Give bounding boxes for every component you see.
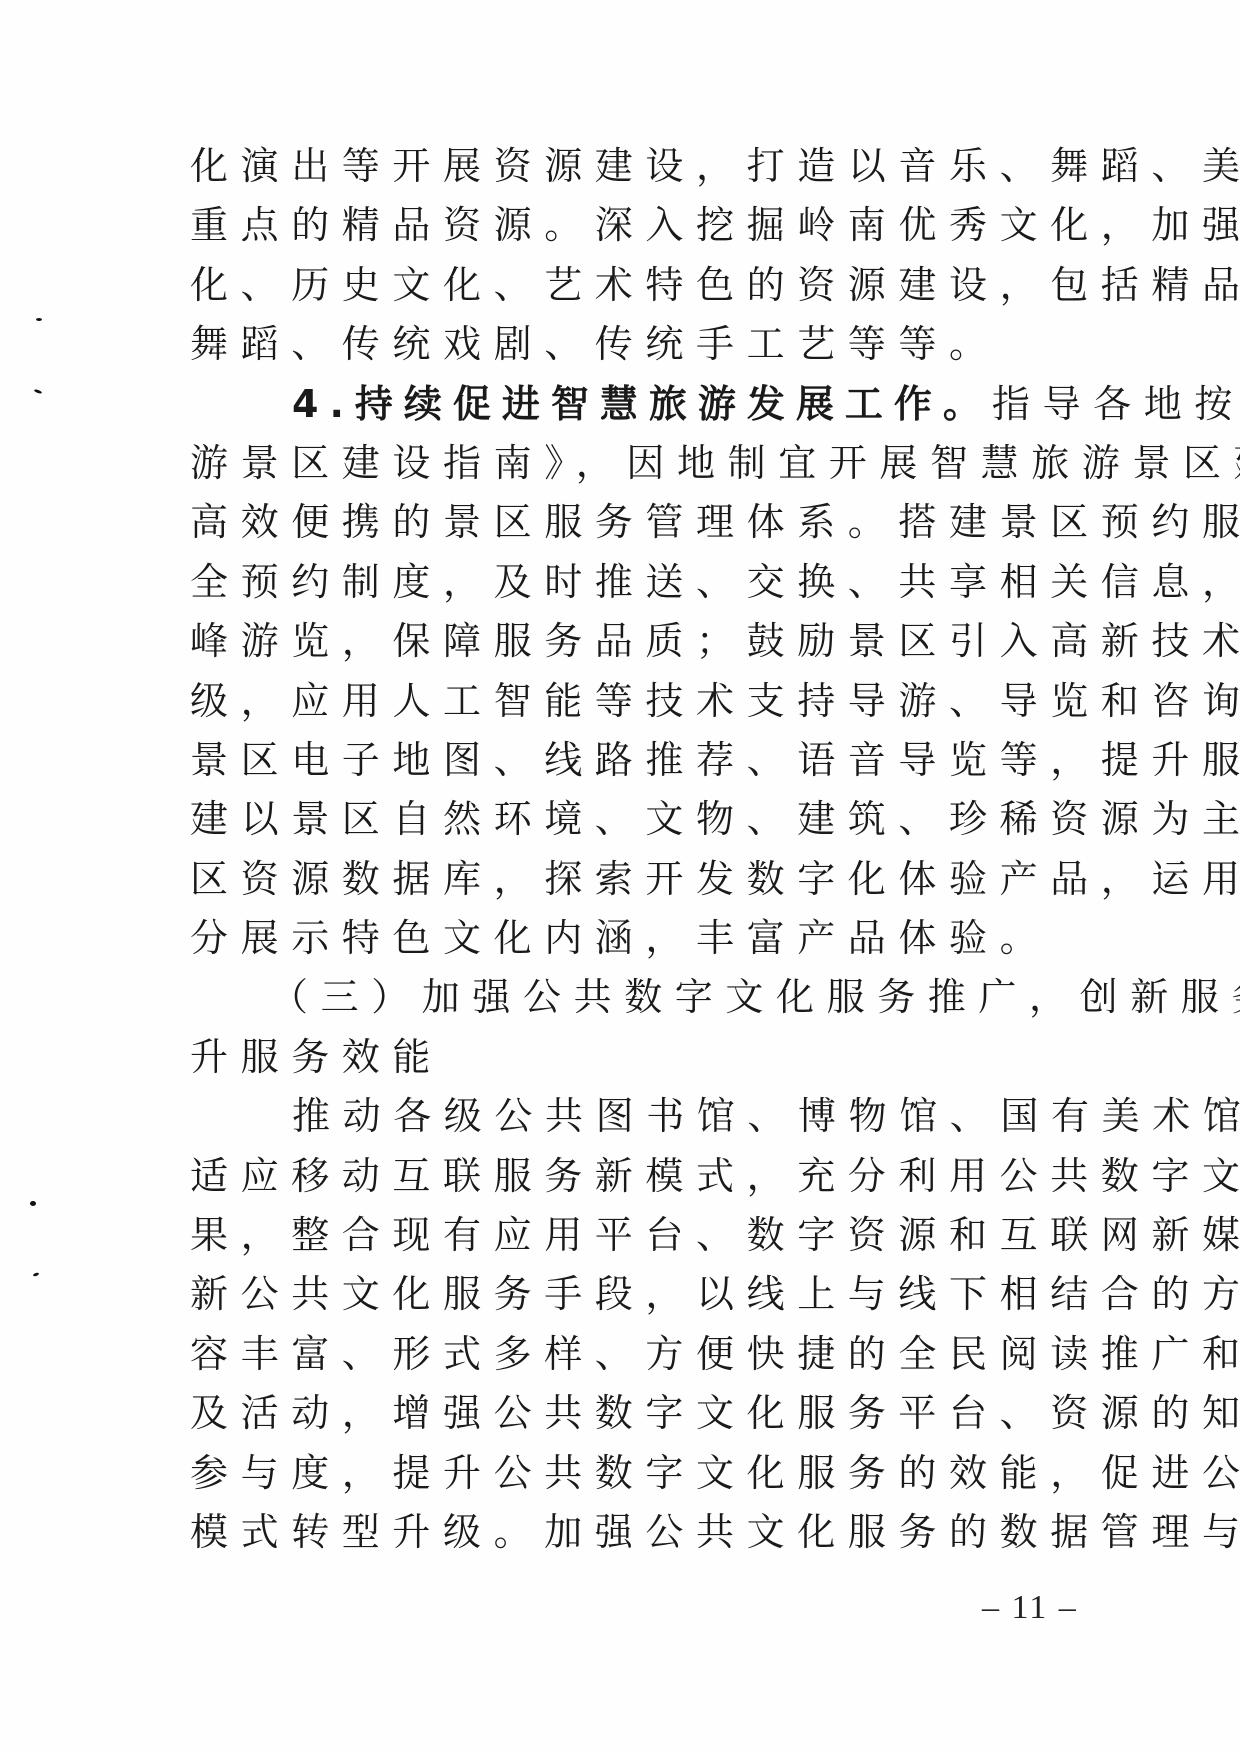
body-text: 化演出等开展资源建设，打造以音乐、舞蹈、美术等门类为 重点的精品资源。深入挖掘岭… <box>190 137 1062 1562</box>
text-line: 峰游览，保障服务品质；鼓励景区引入高新技术实现服务升 <box>190 612 1062 671</box>
scan-speck <box>30 1201 36 1206</box>
text-line: 游景区建设指南》，因地制宜开展智慧旅游景区建设，健全 <box>190 434 1062 493</box>
text-line: 适应移动互联服务新模式，充分利用公共数字文化建设成 <box>190 1147 1062 1206</box>
text-line: 全预约制度，及时推送、交换、共享相关信息，引导游客错 <box>190 553 1062 612</box>
text-line: 级，应用人工智能等技术支持导游、导览和咨询服务，普及 <box>190 672 1062 731</box>
page-number: – 11 – <box>982 1588 1078 1628</box>
text-line: 区资源数据库，探索开发数字化体验产品，运用数字技术充 <box>190 850 1062 909</box>
text-line: 重点的精品资源。深入挖掘岭南优秀文化，加强体现地域文 <box>190 196 1062 255</box>
text-line: 及活动，增强公共数字文化服务平台、资源的知晓度和公众 <box>190 1384 1062 1443</box>
section-heading-line: 4.持续促进智慧旅游发展工作。指导各地按照《智慧旅 <box>190 375 1062 434</box>
text-line: 舞蹈、传统戏剧、传统手工艺等等。 <box>190 315 1062 374</box>
subsection-heading-line: 升服务效能 <box>190 1028 1062 1087</box>
text-line: 景区电子地图、线路推荐、语音导览等，提升服务品质；构 <box>190 731 1062 790</box>
text-line: 参与度，提升公共数字文化服务的效能，促进公共文化服务 <box>190 1444 1062 1503</box>
subsection-heading-line: （三）加强公共数字文化服务推广，创新服务模式，提 <box>190 968 1062 1027</box>
text-line: 果，整合现有应用平台、数字资源和互联网新媒体平台，创 <box>190 1206 1062 1265</box>
section-heading: 4.持续促进智慧旅游发展工作。 <box>292 382 992 426</box>
scan-speck <box>36 318 42 321</box>
text-line: 高效便携的景区服务管理体系。搭建景区预约服务平台，健 <box>190 493 1062 552</box>
scan-speck <box>33 1272 40 1277</box>
text-line: 化演出等开展资源建设，打造以音乐、舞蹈、美术等门类为 <box>190 137 1062 196</box>
text-line: 推动各级公共图书馆、博物馆、国有美术馆、文化馆 <box>190 1087 1062 1146</box>
document-page: 化演出等开展资源建设，打造以音乐、舞蹈、美术等门类为 重点的精品资源。深入挖掘岭… <box>0 0 1240 1752</box>
text-line: 建以景区自然环境、文物、建筑、珍稀资源为主要对象的景 <box>190 790 1062 849</box>
text-line: 分展示特色文化内涵，丰富产品体验。 <box>190 909 1062 968</box>
text-line: 新公共文化服务手段，以线上与线下相结合的方式，开展内 <box>190 1265 1062 1324</box>
text-line: 化、历史文化、艺术特色的资源建设，包括精品展览、传统 <box>190 256 1062 315</box>
scan-speck <box>34 389 43 395</box>
text-line: 模式转型升级。加强公共文化服务的数据管理与统计，为公 <box>190 1503 1062 1562</box>
text-line: 容丰富、形式多样、方便快捷的全民阅读推广和全民艺术普 <box>190 1325 1062 1384</box>
